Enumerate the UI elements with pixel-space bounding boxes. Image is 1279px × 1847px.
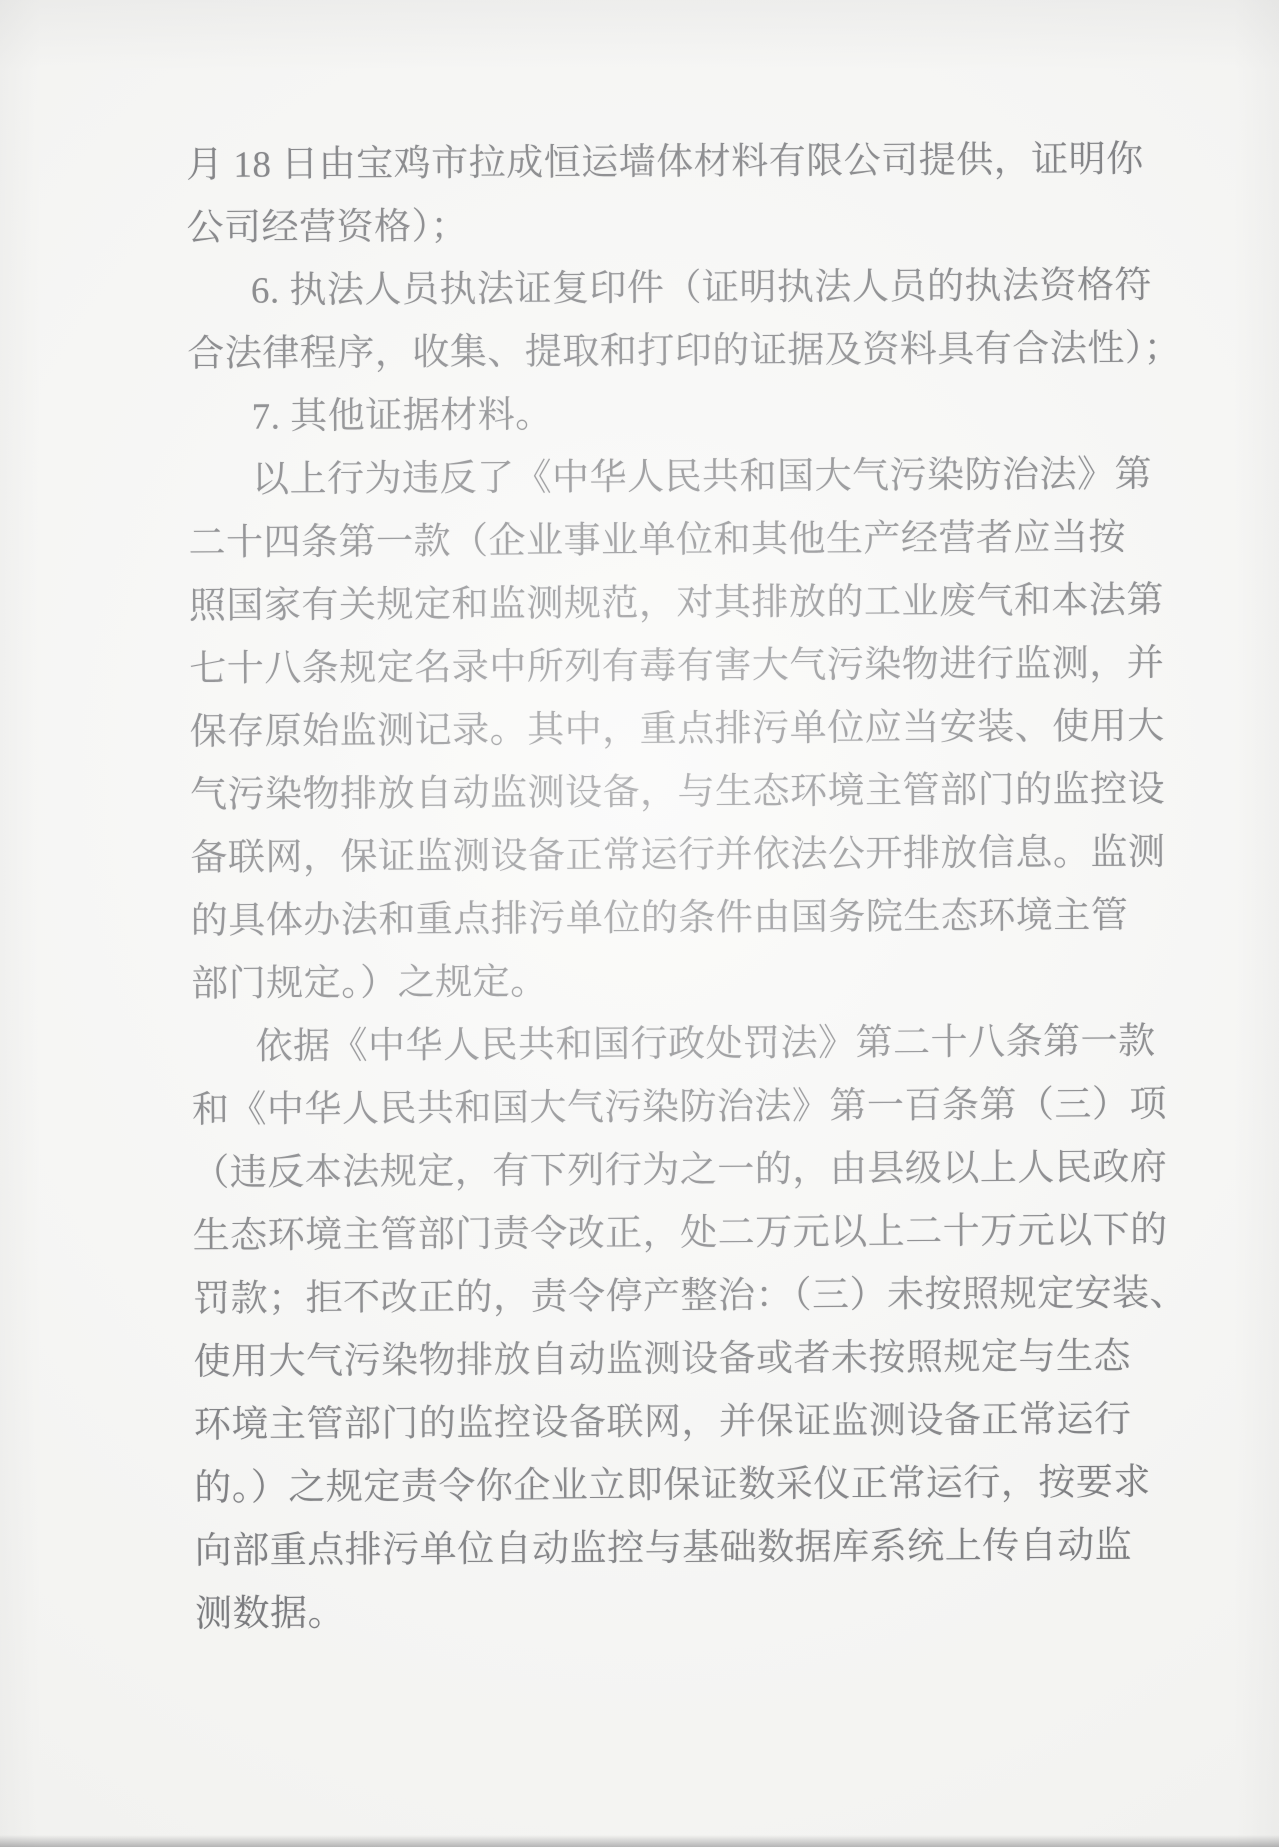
text-line: 部门规定。）之规定。	[191, 947, 1143, 1016]
text-line: 7. 其他证据材料。	[188, 380, 1140, 449]
scanned-page: 月 18 日由宝鸡市拉成恒运墙体材料有限公司提供，证明你公司经营资格）；6. 执…	[0, 0, 1279, 1847]
text-line: 测数据。	[195, 1577, 1147, 1646]
text-line: 备联网，保证监测设备正常运行并依法公开排放信息。监测	[190, 821, 1142, 890]
text-line: 的。）之规定责令你企业立即保证数采仪正常运行，按要求	[194, 1451, 1146, 1520]
text-line: 七十八条规定名录中所列有毒有害大气污染物进行监测，并	[189, 632, 1141, 701]
document-body: 月 18 日由宝鸡市拉成恒运墙体材料有限公司提供，证明你公司经营资格）；6. 执…	[186, 128, 1147, 1646]
text-line: 依据《中华人民共和国行政处罚法》第二十八条第一款	[191, 1010, 1143, 1079]
text-line: 合法律程序，收集、提取和打印的证据及资料具有合法性）；	[187, 317, 1139, 386]
text-line: 环境主管部门的监控设备联网，并保证监测设备正常运行	[194, 1388, 1146, 1457]
text-line: 公司经营资格）；	[186, 191, 1138, 260]
text-line: 和《中华人民共和国大气污染防治法》第一百条第（三）项	[192, 1073, 1144, 1142]
text-line: 罚款；拒不改正的，责令停产整治：（三）未按照规定安装、	[193, 1262, 1145, 1331]
text-line: 二十四条第一款（企业事业单位和其他生产经营者应当按	[188, 506, 1140, 575]
text-line: 向部重点排污单位自动监控与基础数据库系统上传自动监	[194, 1514, 1146, 1583]
text-line: 月 18 日由宝鸡市拉成恒运墙体材料有限公司提供，证明你	[186, 128, 1138, 197]
text-line: 保存原始监测记录。其中，重点排污单位应当安装、使用大	[189, 695, 1141, 764]
text-line: 以上行为违反了《中华人民共和国大气污染防治法》第	[188, 443, 1140, 512]
text-line: 6. 执法人员执法证复印件（证明执法人员的执法资格符	[187, 254, 1139, 323]
text-line: 使用大气污染物排放自动监测设备或者未按照规定与生态	[193, 1325, 1145, 1394]
text-line: 的具体办法和重点排污单位的条件由国务院生态环境主管	[191, 884, 1143, 953]
text-line: 照国家有关规定和监测规范，对其排放的工业废气和本法第	[189, 569, 1141, 638]
text-line: 气污染物排放自动监测设备，与生态环境主管部门的监控设	[190, 758, 1142, 827]
text-line: （违反本法规定，有下列行为之一的，由县级以上人民政府	[192, 1136, 1144, 1205]
text-line: 生态环境主管部门责令改正，处二万元以上二十万元以下的	[193, 1199, 1145, 1268]
